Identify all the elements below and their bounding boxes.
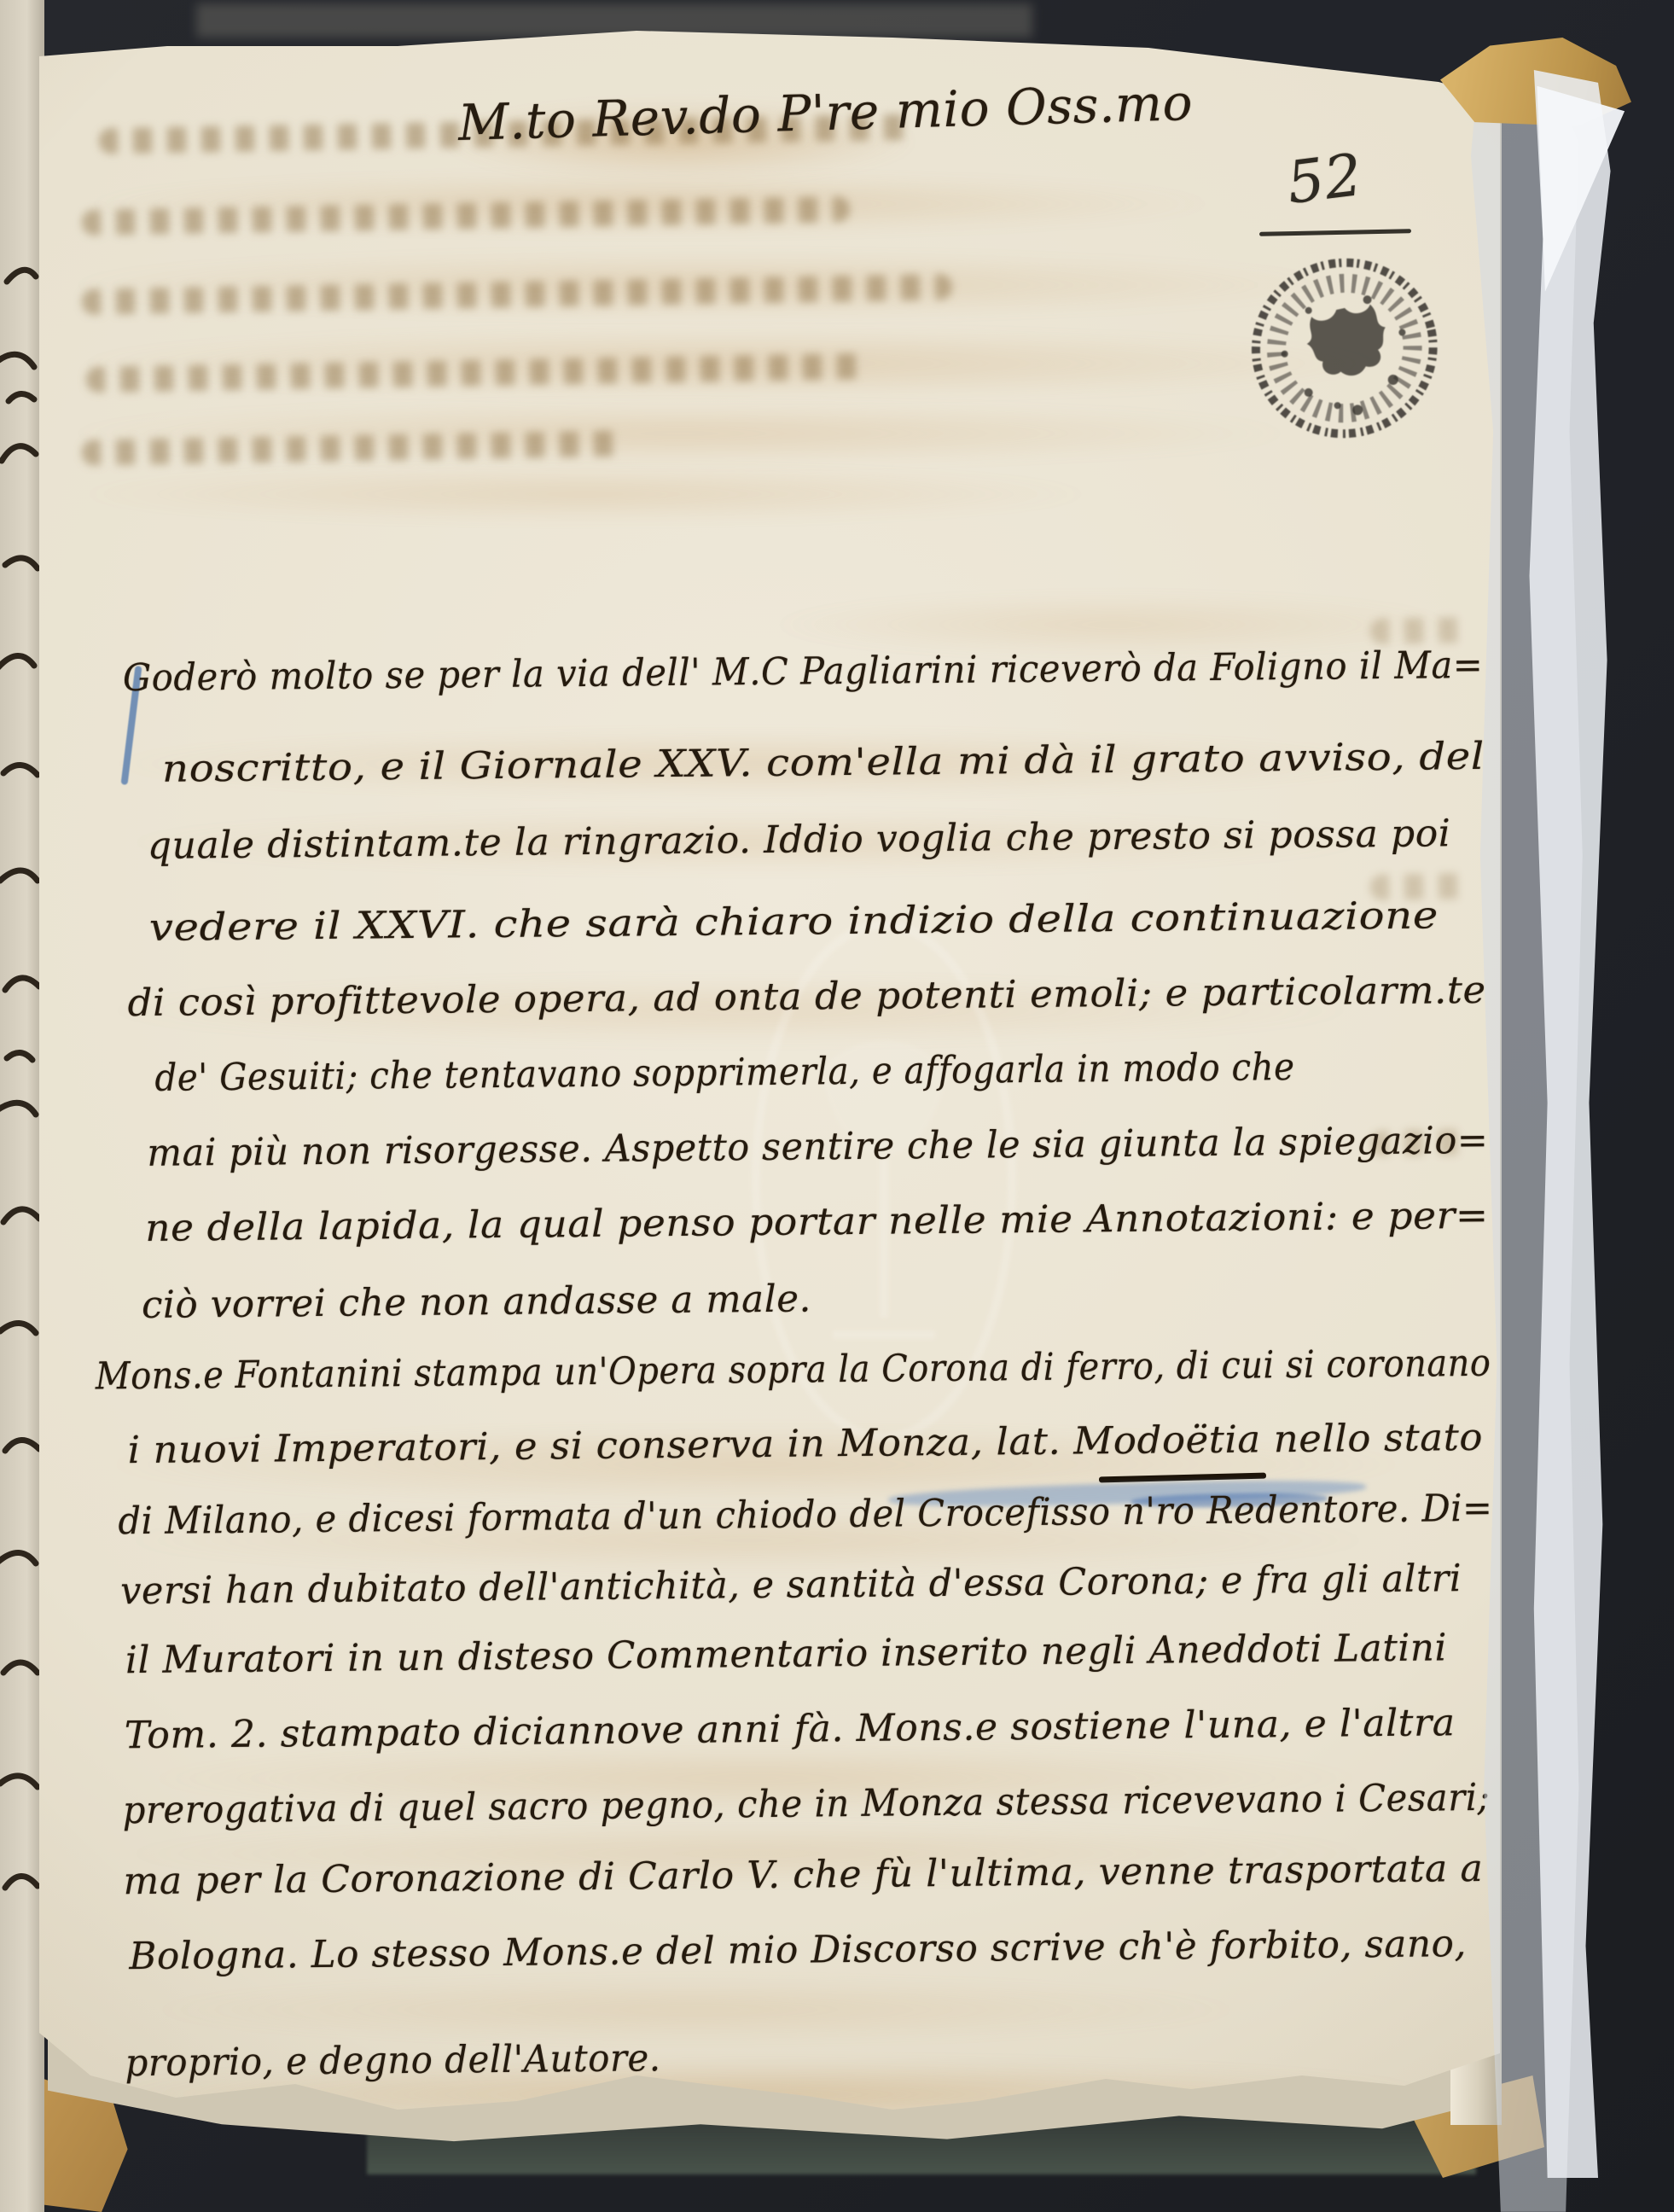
manuscript-page: M.to Rev.do P're mio Oss.mo 52 Goderò mo… — [39, 20, 1500, 2135]
manuscript-line: prerogativa di quel sacro pegno, che in … — [122, 1776, 1490, 1832]
manuscript-line: di Milano, e dicesi formata d'un chiodo … — [118, 1487, 1492, 1543]
manuscript-line: Bologna. Lo stesso Mons.e del mio Discor… — [129, 1922, 1467, 1978]
manuscript-line: ciò vorrei che non andasse a male. — [142, 1277, 811, 1327]
manuscript-line: di così profittevole opera, ad onta de p… — [127, 969, 1486, 1025]
adjacent-page-sliver — [0, 0, 44, 2212]
manuscript-line: Goderò molto se per la via dell' M.C Pag… — [123, 643, 1484, 700]
manuscript-line: ne della lapida, la qual penso portar ne… — [145, 1194, 1489, 1250]
manuscript-line: Mons.e Fontanini stampa un'Opera sopra l… — [96, 1342, 1491, 1399]
manuscript-photo: M.to Rev.do P're mio Oss.mo 52 Goderò mo… — [0, 0, 1674, 2212]
manuscript-line: proprio, e degno dell'Autore. — [125, 2036, 661, 2085]
manuscript-line: ma per la Coronazione di Carlo V. che fù… — [123, 1847, 1483, 1903]
manuscript-line: mai più non risorgesse. Aspetto sentire … — [147, 1119, 1488, 1175]
manuscript-line: il Muratori in un disteso Commentario in… — [125, 1626, 1447, 1682]
manuscript-line: quale distintam.te la ringrazio. Iddio v… — [148, 812, 1451, 868]
letter-body: Goderò molto se per la via dell' M.C Pag… — [27, 8, 1508, 2136]
adjacent-page-ink-fragments — [0, 0, 44, 2212]
manuscript-line: vedere il XXVI. che sarà chiaro indizio … — [149, 894, 1439, 950]
manuscript-line: de' Gesuiti; che tentavano sopprimerla, … — [154, 1045, 1295, 1100]
manuscript-line: i nuovi Imperatori, e si conserva in Mon… — [127, 1416, 1483, 1472]
manuscript-line: versi han dubitato dell'antichità, e san… — [120, 1557, 1462, 1613]
manuscript-line: noscritto, e il Giornale XXV. com'ella m… — [162, 735, 1485, 791]
manuscript-line: Tom. 2. stampato diciannove anni fà. Mon… — [125, 1701, 1456, 1757]
